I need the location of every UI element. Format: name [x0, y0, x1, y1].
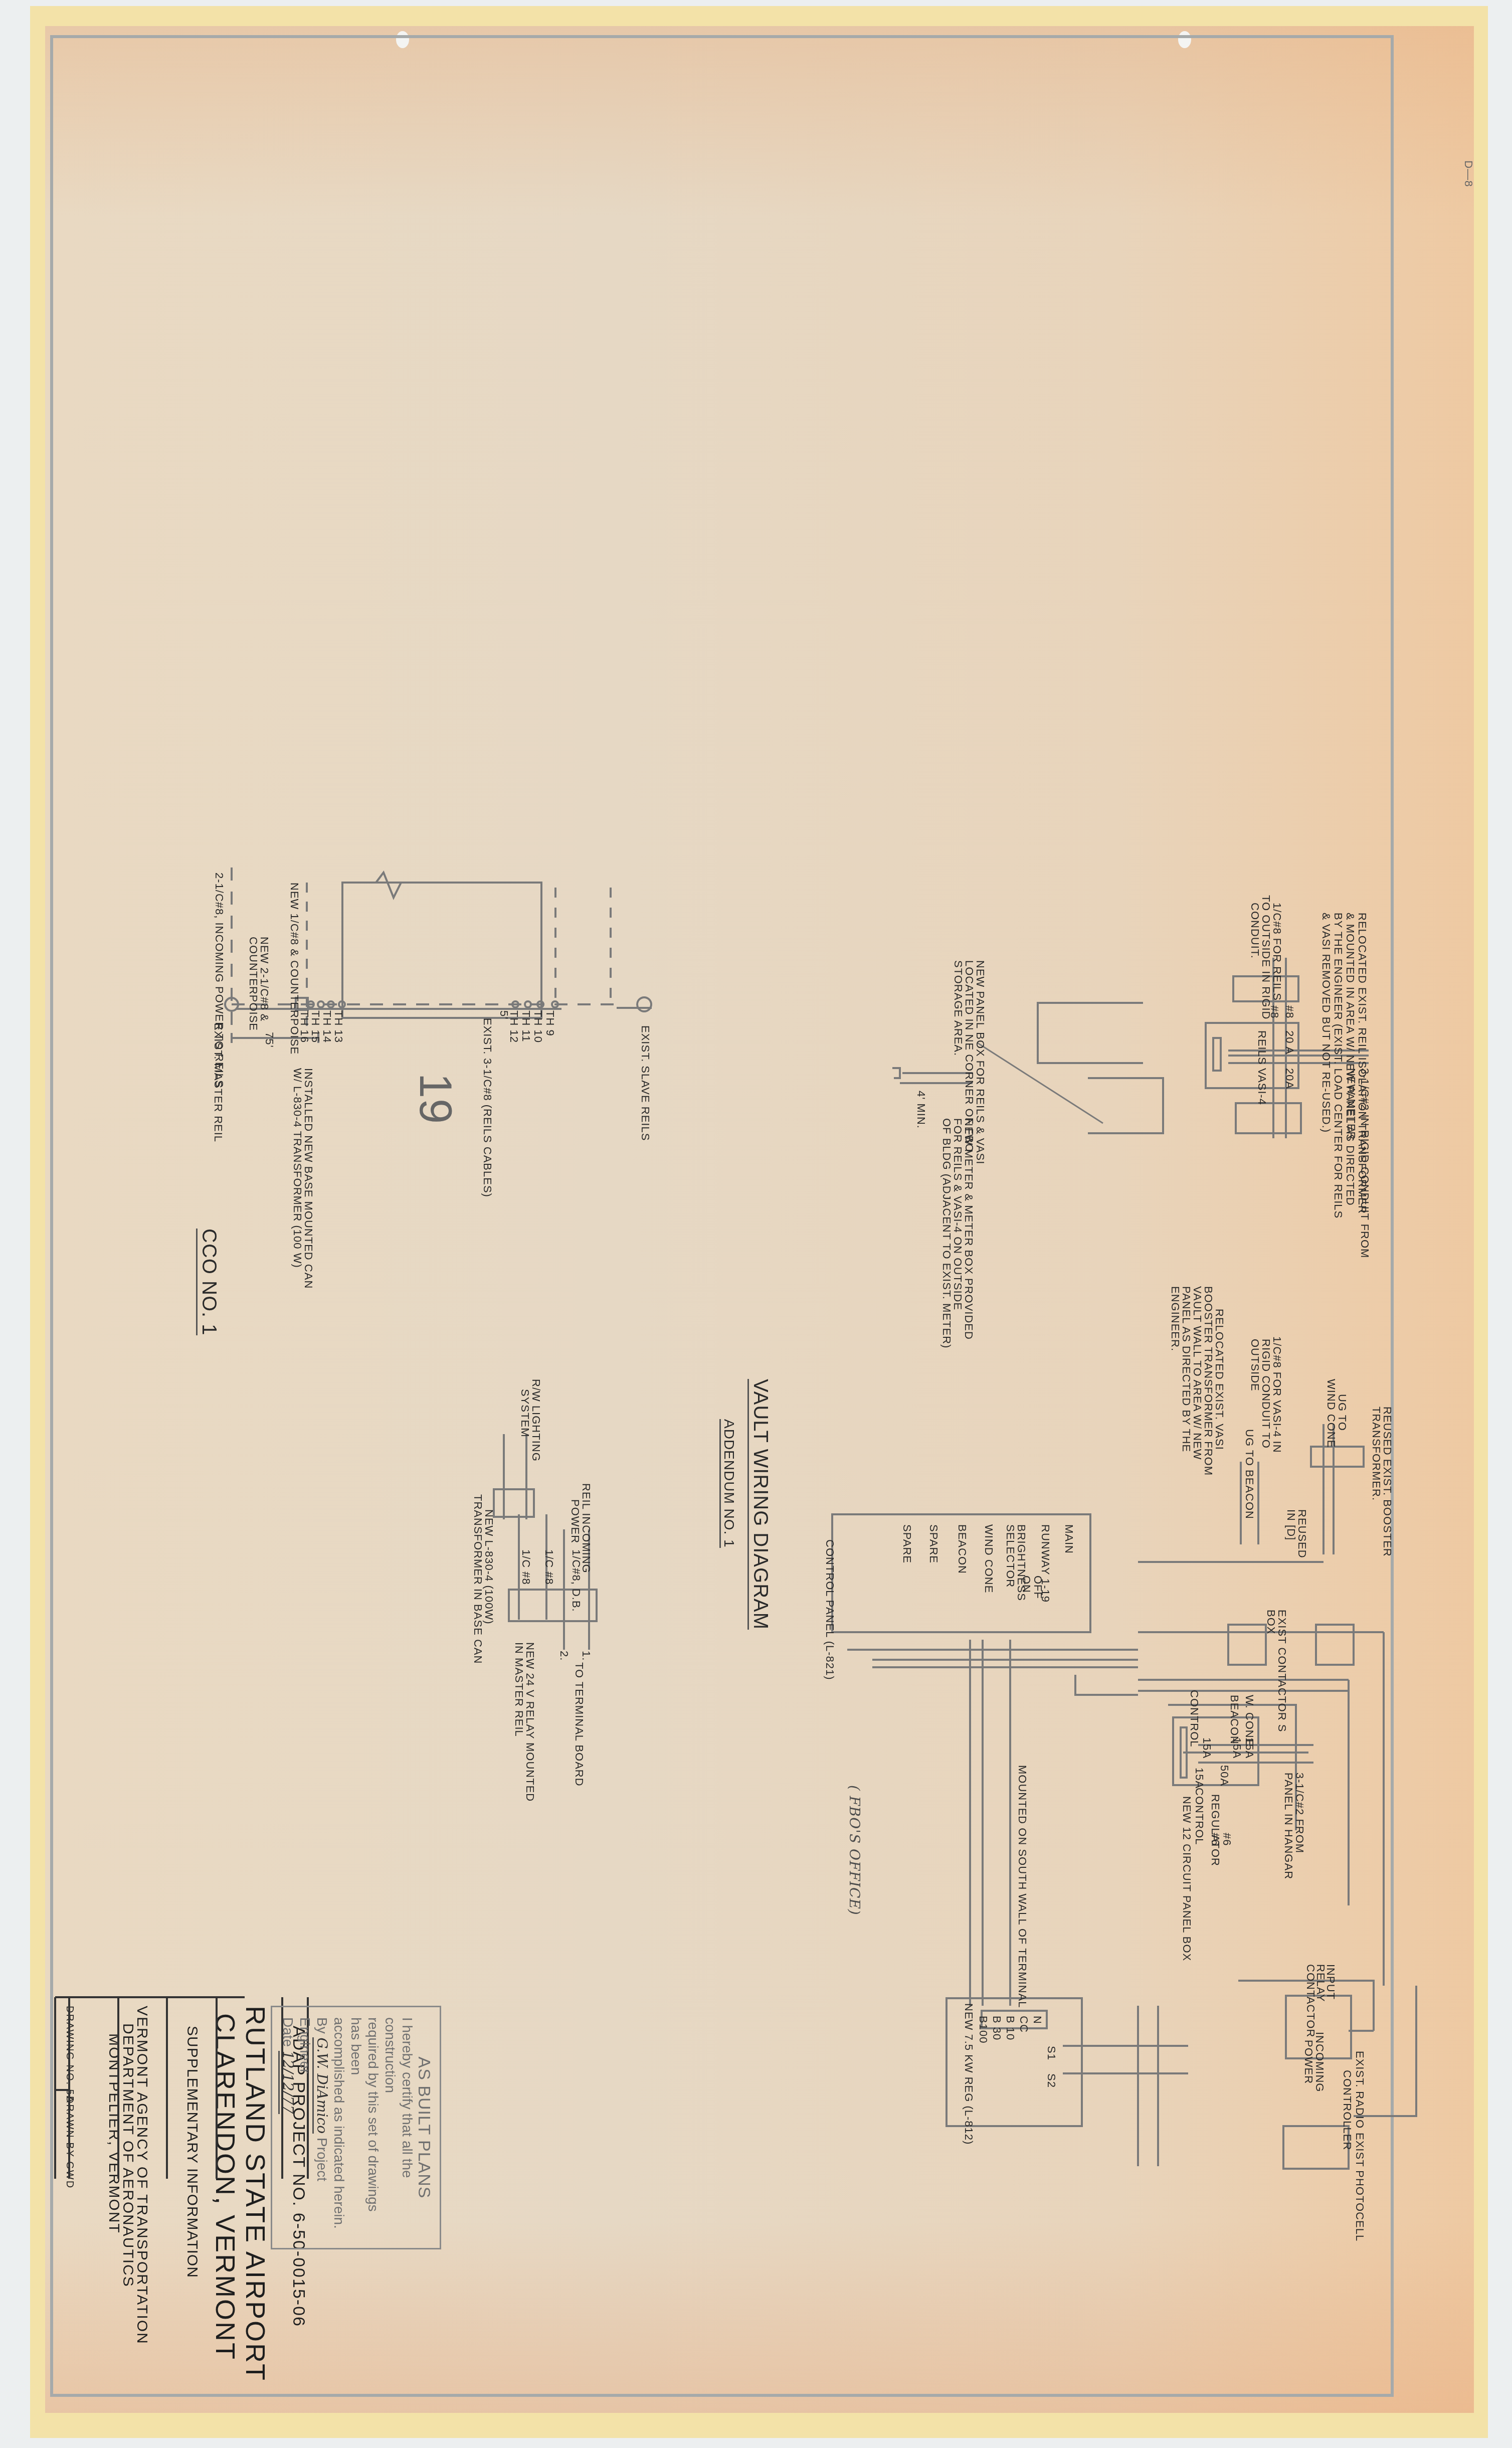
contactor-box-2: BOX — [1264, 1610, 1277, 1634]
relocated-reil-note-3: BY THE ENGINEER (EXIST. LOAD CENTER FOR … — [1332, 913, 1345, 1218]
threshold-th13: TH 13 — [332, 1010, 345, 1043]
wire-8b: #8 — [1268, 1005, 1281, 1018]
cp-row-spare-1: SPARE — [927, 1524, 940, 1563]
cable-a-label: 1/C #8 — [542, 1549, 555, 1585]
mounted-note: ( FBO'S OFFICE) — [846, 1785, 862, 1915]
cp-row-beacon: BEACON — [956, 1524, 969, 1574]
rigid-conduit-1: 3-1/C#2 IN RIGID CONDUIT FROM — [1358, 1068, 1371, 1258]
breaker-reils: REILS — [1255, 1030, 1268, 1065]
rigid-conduit-2: NEW METER — [1345, 1068, 1358, 1140]
regulator-label: NEW 7.5 KW REG (L-812) — [962, 2003, 975, 2145]
reg-s1: S1 — [1045, 2046, 1058, 2060]
threshold-th14: TH 14 — [320, 1010, 333, 1043]
min-4-label: 4' MIN. — [914, 1091, 927, 1129]
rw-lighting-label-2: SYSTEM — [518, 1389, 531, 1437]
control-panel-label: CONTROL PANEL (L-821) — [823, 1539, 836, 1680]
threshold-th9: TH 9 — [543, 1010, 556, 1036]
stamp-date: 12/12/77 — [278, 2051, 296, 2114]
cp-row-spare-2: SPARE — [900, 1524, 913, 1563]
slave-reils-label: EXIST. SLAVE REILS — [639, 1025, 652, 1141]
reg-term-b30: B 30 — [990, 2016, 1003, 2040]
reg-term-b10: B 10 — [1004, 2016, 1017, 2040]
vault-title: VAULT WIRING DIAGRAM — [747, 1379, 772, 1630]
input-relay-3: CONTACTOR — [1304, 1964, 1317, 2037]
photocell-label: EXIST PHOTOCELL — [1353, 2133, 1366, 2241]
panel12-rating-4: 15A — [1193, 1768, 1206, 1789]
mounted-on-label: MOUNTED ON SOUTH WALL OF TERMINAL — [1016, 1765, 1029, 2008]
cp-on: ON — [1020, 1576, 1033, 1593]
cco-title: CCO NO. 1 — [196, 1229, 221, 1335]
to-terminal-label: TO TERMINAL BOARD — [573, 1662, 586, 1787]
threshold-th16: TH 16 — [298, 1010, 311, 1043]
relocated-reil-note-2: & MOUNTED IN AREA W/ NEW PANEL AS DIRECT… — [1344, 913, 1357, 1206]
stamp-line-2: required by this set of drawings has bee… — [347, 2017, 382, 2238]
master-reil-label: EXIST. MASTER REIL — [212, 1023, 225, 1142]
threshold-th10: TH 10 — [531, 1010, 544, 1043]
cp-row-main: MAIN — [1062, 1524, 1075, 1554]
panel12-regulator: REGULATOR — [1209, 1794, 1222, 1866]
relocated-reil-note-4: & VASI REMOVED BUT NOT RE-USED.) — [1319, 913, 1333, 1133]
as-built-stamp: AS BUILT PLANS I hereby certify that all… — [271, 2006, 441, 2249]
cp-off: OFF — [1031, 1576, 1044, 1599]
threshold-th12: TH 12 — [507, 1010, 520, 1043]
terminal-2: 2. — [557, 1651, 571, 1661]
cable-b-label: 1/C #8 — [519, 1549, 532, 1585]
stamp-signature: G.W. DiAmico — [312, 2037, 330, 2134]
cable-db-label: 1/C#8, D.B. — [570, 1549, 583, 1612]
relocated-vasi-5: ENGINEER. — [1169, 1286, 1182, 1351]
stamp-by-label: By — [314, 2017, 330, 2034]
panel12-wire-6b: #6 — [1220, 1833, 1233, 1846]
panel12-rating-1: 15A — [1200, 1737, 1213, 1759]
reg-term-b100: B100 — [977, 2016, 990, 2043]
reg-term-n: N — [1031, 2016, 1044, 2024]
breaker-vasi: VASI-4 — [1255, 1068, 1268, 1105]
stamp-title: AS BUILT PLANS — [416, 2017, 433, 2238]
relay-label-2: IN MASTER REIL — [512, 1642, 525, 1737]
radio-controller-1: EXIST. RADIO — [1353, 2051, 1366, 2129]
from-hangar-2: PANEL IN HANGAR — [1282, 1773, 1295, 1879]
reused-in-2: IN [D] — [1284, 1509, 1297, 1540]
counterpoise-2-label-2: COUNTERPOISE — [247, 937, 260, 1031]
panel12-rating-3: 15A — [1243, 1737, 1256, 1759]
wire-8a: #8 — [1283, 1005, 1296, 1018]
breaker-20a-1: 20 A — [1283, 1030, 1296, 1055]
new-panel-box-3: STORAGE AREA. — [952, 960, 965, 1056]
title-block-lines — [0, 0, 1512, 2448]
installed-can-label-2: W/ L-830-4 TRANSFORMER (100 W) — [291, 1068, 304, 1268]
new-meter-3: OF BLDG (ADJACENT TO EXIST. METER) — [940, 1118, 953, 1348]
cp-row-wind-cone: WIND CONE — [982, 1524, 995, 1593]
ug-beacon-label: UG TO BEACON — [1243, 1429, 1256, 1519]
terminal-1: 1. — [580, 1651, 593, 1661]
panel12-control-top: CONTROL — [1188, 1690, 1201, 1747]
ug-wind-cone-2: WIND CONE — [1325, 1379, 1338, 1448]
reils-out-3: CONDUIT. — [1248, 903, 1261, 959]
panel12-label: NEW 12 CIRCUIT PANEL BOX — [1180, 1796, 1193, 1961]
cp-row-selector: SELECTOR — [1004, 1524, 1017, 1588]
vault-subtitle: ADDENDUM NO. 1 — [719, 1419, 737, 1548]
runway-number: 19 — [419, 1073, 451, 1124]
threshold-th11: TH 11 — [519, 1010, 532, 1042]
reils-cables-label: EXIST. 3-1/C#8 (REILS CABLES) — [481, 1018, 494, 1197]
panel12-rating-5: 50A — [1218, 1765, 1231, 1786]
transformer-label-2: TRANSFORMER IN BASE CAN — [471, 1494, 484, 1664]
reil-incoming-label-2: POWER — [569, 1499, 582, 1543]
panel12-control-bottom: CONTROL — [1193, 1788, 1206, 1845]
breaker-20a-2: 20A — [1283, 1068, 1296, 1089]
reg-s2: S2 — [1045, 2073, 1058, 2088]
dimension-75: 75' — [263, 1032, 276, 1048]
vasi-out-3: OUTSIDE — [1248, 1339, 1261, 1391]
panel12-rating-2: 15A — [1230, 1737, 1243, 1759]
radio-controller-2: CONTROLLER — [1341, 2070, 1354, 2150]
reused-booster-2: TRANSFORMER. — [1370, 1407, 1383, 1501]
stamp-date-label: Date — [280, 2017, 296, 2047]
stamp-line-1: I hereby certify that all the constructi… — [382, 2017, 416, 2238]
reg-term-cc: CC — [1017, 2016, 1030, 2033]
stamp-line-3: accomplished as indicated herein. — [330, 2017, 347, 2238]
incoming-power-2: POWER — [1302, 2040, 1315, 2084]
